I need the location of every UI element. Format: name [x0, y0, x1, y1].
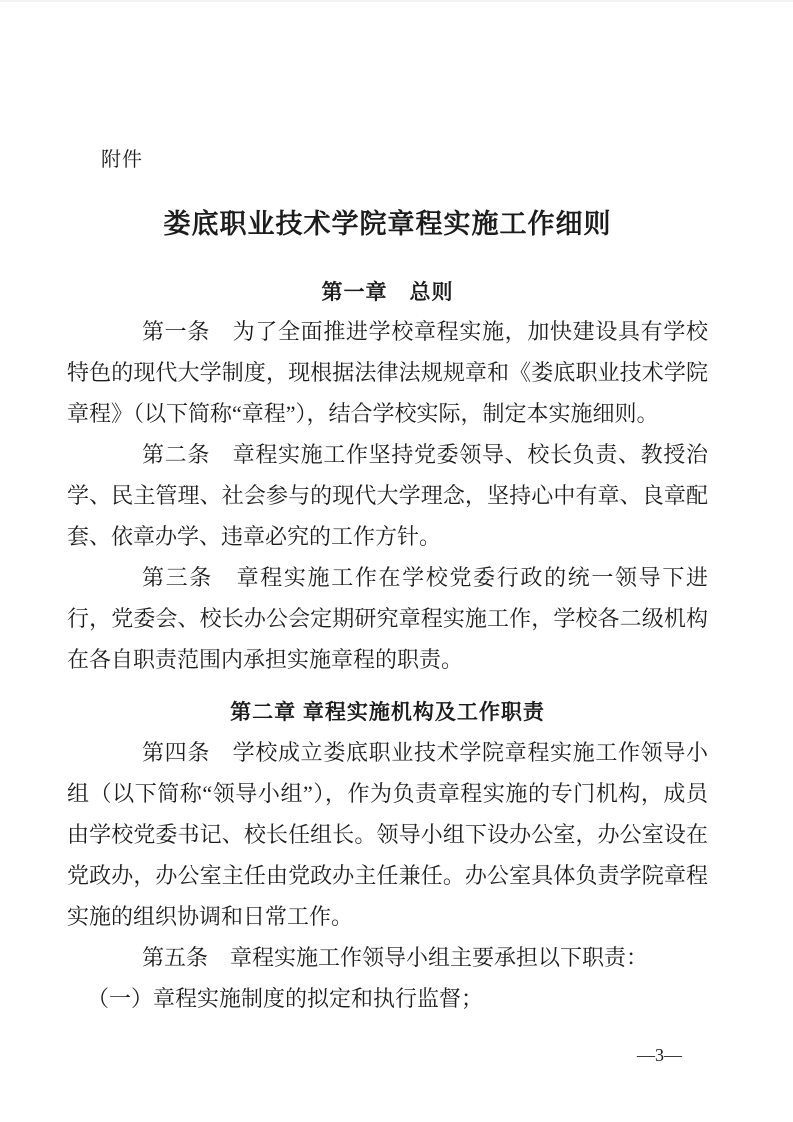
chapter-2-body: 第四条 学校成立娄底职业技术学院章程实施工作领导小组（以下简称“领导小组”），作…	[67, 732, 708, 1019]
article-1: 第一条 为了全面推进学校章程实施，加快建设具有学校特色的现代大学制度，现根据法律…	[67, 311, 708, 434]
article-4: 第四条 学校成立娄底职业技术学院章程实施工作领导小组（以下简称“领导小组”），作…	[67, 732, 708, 937]
article-5-item-1: （一）章程实施制度的拟定和执行监督；	[67, 978, 708, 1019]
document-page: 附件 娄底职业技术学院章程实施工作细则 第一章 总则 第一条 为了全面推进学校章…	[0, 0, 793, 1122]
chapter-1-heading: 第一章 总则	[67, 281, 708, 305]
document-title: 娄底职业技术学院章程实施工作细则	[67, 207, 708, 241]
article-3: 第三条 章程实施工作在学校党委行政的统一领导下进行，党委会、校长办公会定期研究章…	[67, 557, 708, 680]
article-2: 第二条 章程实施工作坚持党委领导、校长负责、教授治学、民主管理、社会参与的现代大…	[67, 434, 708, 557]
document-content: 附件 娄底职业技术学院章程实施工作细则 第一章 总则 第一条 为了全面推进学校章…	[67, 2, 708, 1019]
chapter-1-body: 第一条 为了全面推进学校章程实施，加快建设具有学校特色的现代大学制度，现根据法律…	[67, 311, 708, 680]
page-number: —3—	[637, 1046, 682, 1064]
chapter-2-heading: 第二章 章程实施机构及工作职责	[67, 701, 708, 725]
attachment-label: 附件	[101, 148, 708, 172]
article-5: 第五条 章程实施工作领导小组主要承担以下职责：	[67, 937, 708, 978]
